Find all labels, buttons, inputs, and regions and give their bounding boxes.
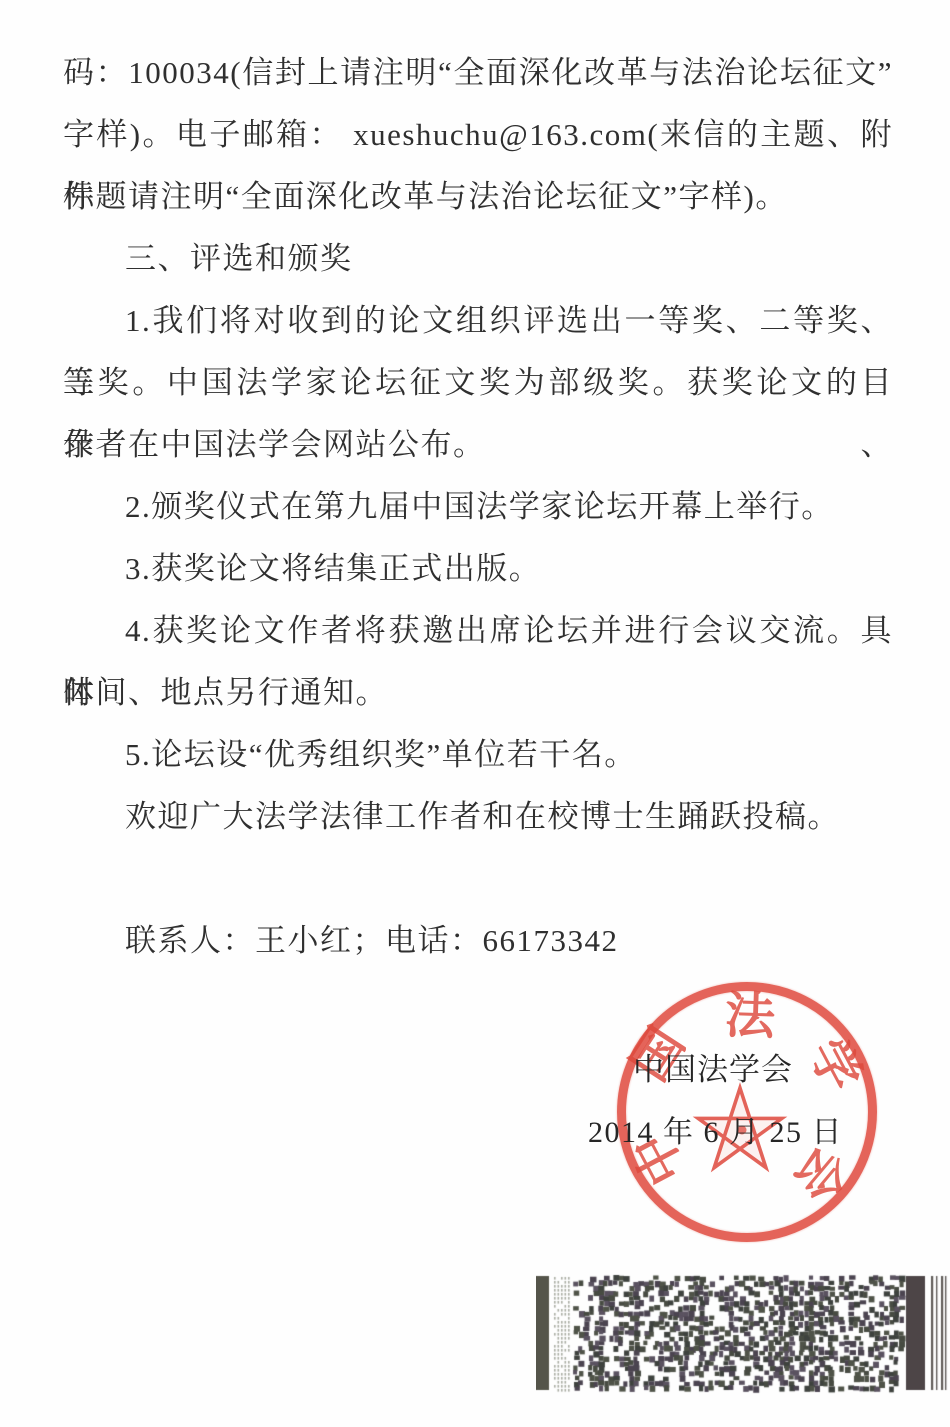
signature-date: 2014 年 6 月 25 日 [588, 1114, 843, 1152]
document-line: 5.论坛设“优秀组织奖”单位若干名。 [63, 724, 893, 786]
document-line: 标题请注明“全面深化改革与法治论坛征文”字样)。 [63, 166, 893, 228]
document-line: 联系人：王小红；电话：66173342 [63, 910, 893, 972]
seal-character: 法 [723, 989, 777, 1043]
document-line: 2.颁奖仪式在第九届中国法学家论坛开幕上举行。 [63, 476, 893, 538]
document-body: 码：100034(信封上请注明“全面深化改革与法治论坛征文”字样)。电子邮箱： … [63, 42, 893, 972]
official-seal: 中国法学会 [617, 982, 877, 1242]
scanned-document-page: 码：100034(信封上请注明“全面深化改革与法治论坛征文”字样)。电子邮箱： … [0, 0, 950, 1427]
signature-organization: 中国法学会 [633, 1051, 793, 1089]
document-line: 4.获奖论文作者将获邀出席论坛并进行会议交流。具体 [63, 600, 893, 662]
document-line: 3.获奖论文将结集正式出版。 [63, 538, 893, 600]
document-line: 等奖。中国法学家论坛征文奖为部级奖。获奖论文的目录、 [63, 352, 893, 414]
document-line: 时间、地点另行通知。 [63, 662, 893, 724]
document-line: 字样)。电子邮箱： xueshuchu@163.com(来信的主题、附件 [63, 104, 893, 166]
document-line: 码：100034(信封上请注明“全面深化改革与法治论坛征文” [63, 42, 893, 104]
barcode [536, 1273, 948, 1395]
document-line: 三、评选和颁奖 [63, 228, 893, 290]
document-line: 欢迎广大法学法律工作者和在校博士生踊跃投稿。 [63, 786, 893, 848]
document-line: 1.我们将对收到的论文组织评选出一等奖、二等奖、三 [63, 290, 893, 352]
document-line [63, 848, 893, 910]
